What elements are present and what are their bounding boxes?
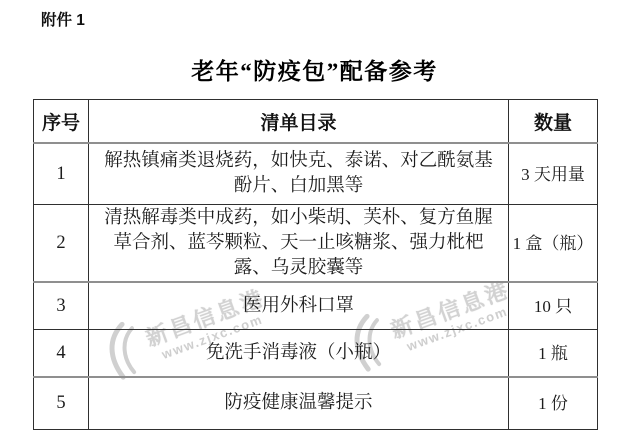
row-quantity: 10 只 — [509, 282, 598, 330]
table-header-row: 序号 清单目录 数量 — [34, 100, 598, 144]
table-row: 3 医用外科口罩 10 只 — [34, 282, 598, 330]
table-row: 5 防疫健康温馨提示 1 份 — [34, 377, 598, 430]
row-item: 清热解毒类中成药，如小柴胡、芙朴、复方鱼腥草合剂、蓝芩颗粒、天一止咳糖浆、强力枇… — [89, 205, 509, 283]
header-serial-number: 序号 — [34, 100, 89, 144]
table-row: 4 免洗手消毒液（小瓶） 1 瓶 — [34, 330, 598, 378]
row-number: 2 — [34, 205, 89, 283]
table-row: 1 解热镇痛类退烧药，如快克、泰诺、对乙酰氨基酚片、白加黑等 3 天用量 — [34, 143, 598, 205]
row-quantity: 1 瓶 — [509, 330, 598, 378]
row-item: 免洗手消毒液（小瓶） — [89, 330, 509, 378]
kit-contents-table: 序号 清单目录 数量 1 解热镇痛类退烧药，如快克、泰诺、对乙酰氨基酚片、白加黑… — [33, 99, 598, 430]
row-quantity: 1 盒（瓶） — [509, 205, 598, 283]
row-quantity: 1 份 — [509, 377, 598, 430]
row-number: 1 — [34, 143, 89, 205]
row-number: 4 — [34, 330, 89, 378]
row-item: 防疫健康温馨提示 — [89, 377, 509, 430]
page-title: 老年“防疫包”配备参考 — [0, 53, 629, 86]
row-number: 5 — [34, 377, 89, 430]
row-item: 医用外科口罩 — [89, 282, 509, 330]
row-item: 解热镇痛类退烧药，如快克、泰诺、对乙酰氨基酚片、白加黑等 — [89, 143, 509, 205]
row-number: 3 — [34, 282, 89, 330]
row-quantity: 3 天用量 — [509, 143, 598, 205]
table-row: 2 清热解毒类中成药，如小柴胡、芙朴、复方鱼腥草合剂、蓝芩颗粒、天一止咳糖浆、强… — [34, 205, 598, 283]
attachment-label: 附件 1 — [41, 8, 85, 30]
header-quantity: 数量 — [509, 100, 598, 144]
header-item-list: 清单目录 — [89, 100, 509, 144]
